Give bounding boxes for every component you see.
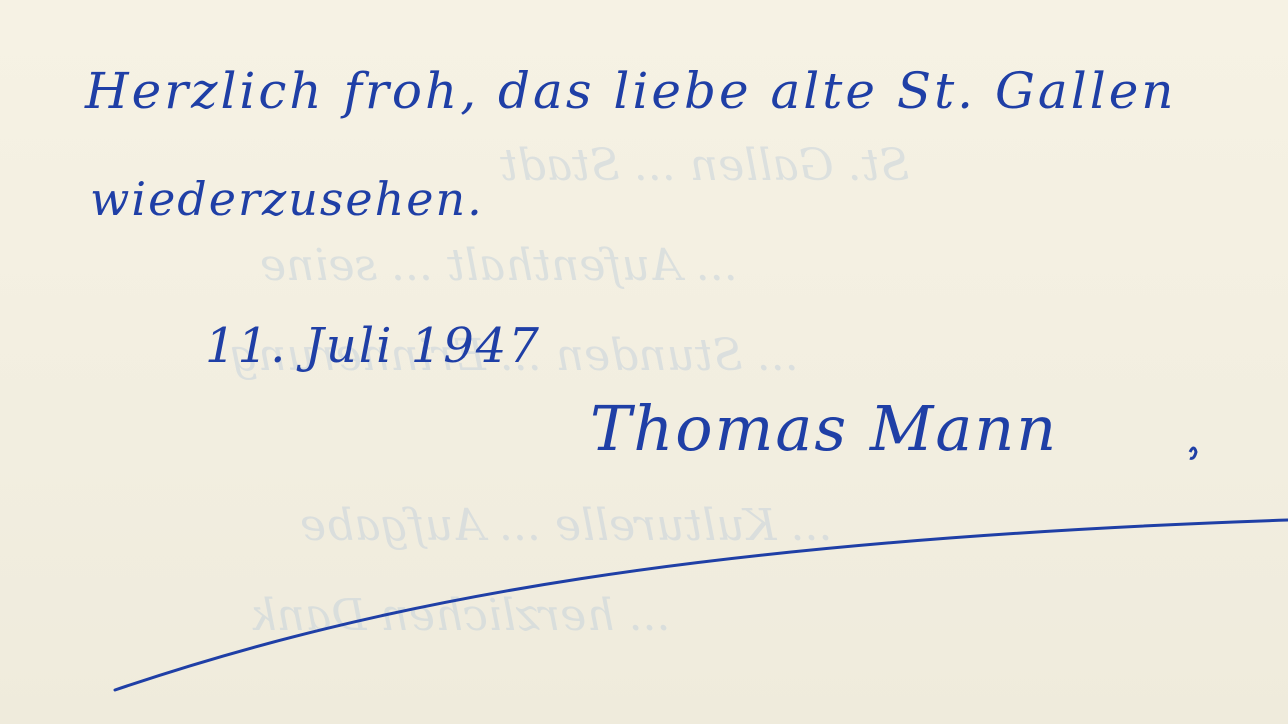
signature-flourish-stroke (0, 0, 1288, 724)
